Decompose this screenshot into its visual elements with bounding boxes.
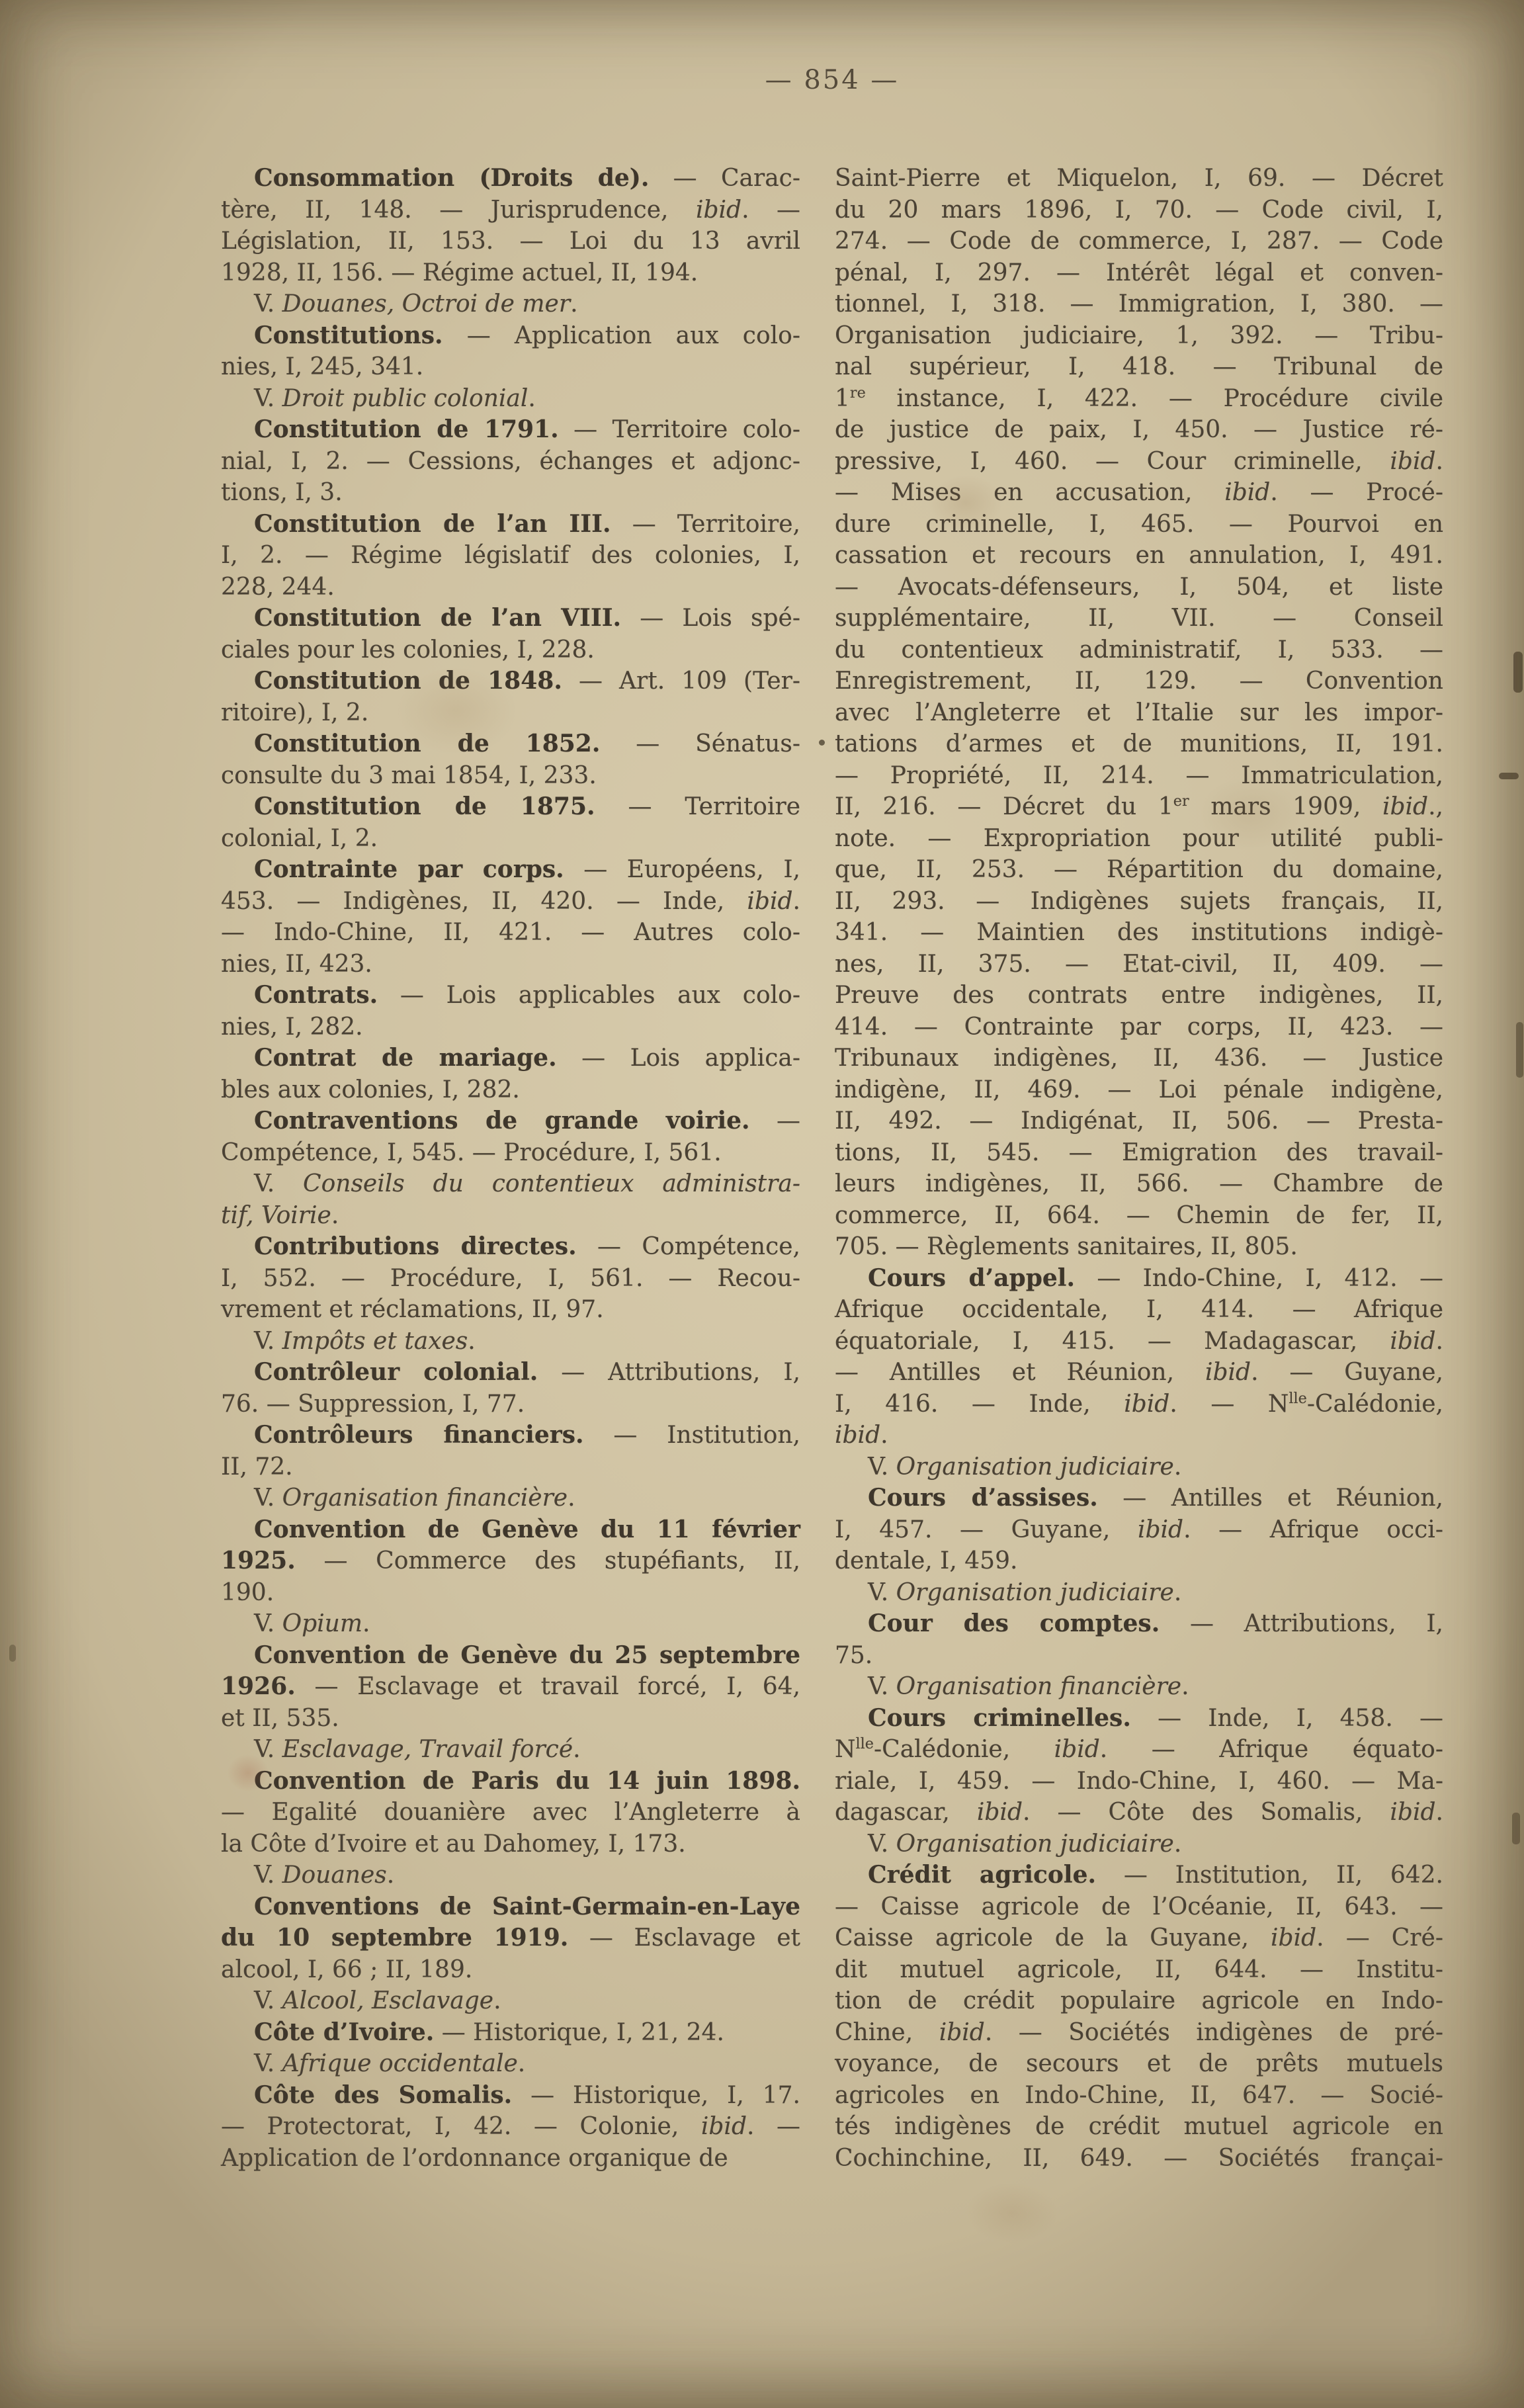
text-run: . — Guyane, [1251, 1359, 1443, 1386]
text-run: alcool, I, 66 ; II, 189. [221, 1956, 472, 1983]
text-run: dit mutuel agricole, II, 644. — Institu- [835, 1956, 1443, 1983]
text-run: 414. — Contrainte par corps, II, 423. — [835, 1013, 1443, 1041]
index-entry-head: Contrôleur colonial. [254, 1358, 538, 1386]
text-line: Application de l’ordonnance organique de [221, 2143, 800, 2174]
text-line: bles aux colonies, I, 282. [221, 1074, 800, 1106]
text-run: . [1174, 1830, 1181, 1858]
text-line: Constitution de 1848. — Art. 109 (Ter- [221, 666, 800, 697]
text-line: leurs indigènes, II, 566. — Chambre de [835, 1168, 1443, 1200]
text-line: II, 293. — Indigènes sujets français, II… [835, 886, 1443, 918]
index-entry-head: Contrôleurs financiers. [254, 1421, 584, 1449]
text-line: 1928, II, 156. — Régime actuel, II, 194. [221, 257, 800, 289]
index-column-left: Consommation (Droits de). — Carac-tère, … [221, 163, 800, 2174]
text-run: V. [254, 1987, 282, 2014]
text-run: Alcool, Esclavage [282, 1987, 493, 2014]
text-run: 705. — Règlements sanitaires, II, 805. [835, 1233, 1298, 1260]
text-run: V. [254, 1170, 303, 1197]
text-run: de justice de paix, I, 450. — Justice ré… [835, 416, 1443, 443]
text-run: pressive, I, 460. — Cour criminelle, [835, 448, 1390, 475]
index-entry-head: Constitution de l’an III. [254, 510, 611, 538]
text-line: Afrique occidentale, I, 414. — Afrique [835, 1294, 1443, 1326]
text-run: ibid [747, 888, 792, 915]
text-line: de justice de paix, I, 450. — Justice ré… [835, 414, 1443, 446]
text-run: Application de l’ordonnance organique de [221, 2145, 728, 2172]
text-run: lle [1289, 1390, 1306, 1407]
text-run: — Institution, [584, 1422, 801, 1449]
text-line: Conventions de Saint-Germain-en-Laye [221, 1891, 800, 1923]
text-line: 75. [835, 1640, 1443, 1672]
text-run: tion de crédit populaire agricole en Ind… [835, 1987, 1443, 2014]
text-line: II, 216. — Décret du 1er mars 1909, ibid… [835, 791, 1443, 823]
text-line: pénal, I, 297. — Intérêt légal et conven… [835, 257, 1443, 289]
text-run: V. [868, 1453, 896, 1481]
text-run: 1928, II, 156. — Régime actuel, II, 194. [221, 259, 698, 286]
text-line: dure criminelle, I, 465. — Pourvoi en [835, 509, 1443, 540]
text-run: Législation, II, 153. — Loi du 13 avril [221, 228, 800, 255]
text-run: — Caisse agricole de l’Océanie, II, 643.… [835, 1893, 1443, 1920]
text-line: Convention de Genève du 25 septembre [221, 1640, 800, 1672]
text-line: du 10 septembre 1919. — Esclavage et [221, 1922, 800, 1954]
text-run: dentale, I, 459. [835, 1547, 1017, 1574]
index-entry-head: Constitutions. [254, 322, 443, 349]
text-line: Crédit agricole. — Institution, II, 642. [835, 1860, 1443, 1891]
text-run: . [1181, 1673, 1189, 1700]
text-line: V. Conseils du contentieux administra- [221, 1168, 800, 1200]
text-run: -Calédonie, [1307, 1391, 1443, 1418]
index-entry-head: du 10 septembre 1919. [221, 1924, 568, 1952]
text-run: tif, Voirie [221, 1202, 331, 1229]
text-run: — Historique, I, 21, 24. [434, 2019, 724, 2046]
text-line: tations d’armes et de munitions, II, 191… [835, 728, 1443, 760]
text-run: — Art. 109 (Ter- [562, 667, 800, 695]
text-line: 1925. — Commerce des stupéfiants, II, [221, 1545, 800, 1577]
text-line: Tribunaux indigènes, II, 436. — Justice [835, 1043, 1443, 1074]
text-run: — Historique, I, 17. [512, 2082, 800, 2109]
index-entry-head: 1926. [221, 1672, 296, 1700]
text-run: tions, II, 545. — Emigration des travail… [835, 1139, 1443, 1166]
text-run: Douanes, Octroi de mer [282, 290, 570, 318]
text-line: cassation et recours en annulation, I, 4… [835, 540, 1443, 572]
text-run: 1 [835, 385, 850, 412]
text-line: Constitution de 1791. — Territoire colo- [221, 414, 800, 446]
text-line: du contentieux administratif, I, 533. — [835, 634, 1443, 666]
text-line: V. Douanes. [221, 1860, 800, 1891]
text-line: nies, I, 282. [221, 1011, 800, 1043]
index-entry-head: Cours criminelles. [868, 1704, 1131, 1732]
text-line: Cours d’assises. — Antilles et Réunion, [835, 1483, 1443, 1514]
index-entry-head: Contrainte par corps. [254, 855, 564, 883]
text-run: voyance, de secours et de prêts mutuels [835, 2050, 1443, 2077]
text-line: colonial, I, 2. [221, 823, 800, 855]
text-run: . [570, 290, 577, 318]
text-run: 76. — Suppression, I, 77. [221, 1391, 525, 1418]
index-entry-head: Constitution de 1791. [254, 415, 559, 443]
text-run: I, 457. — Guyane, [835, 1516, 1138, 1543]
text-line: — Avocats-défenseurs, I, 504, et liste [835, 572, 1443, 603]
text-run: — Antilles et Réunion, [1098, 1484, 1443, 1512]
text-line: Contrainte par corps. — Européens, I, [221, 854, 800, 886]
text-line: 453. — Indigènes, II, 420. — Inde, ibid. [221, 886, 800, 918]
index-entry-head: Constitution de 1848. [254, 667, 562, 695]
text-run: . — Procé- [1270, 479, 1443, 506]
text-line: V. Alcool, Esclavage. [221, 1985, 800, 2017]
text-line: Constitutions. — Application aux colo- [221, 320, 800, 352]
text-run: ibid [1390, 448, 1435, 475]
text-run: Conseils du contentieux administra- [303, 1170, 800, 1197]
index-entry-head: Contrat de mariage. [254, 1044, 557, 1072]
text-run: . — Afrique occi- [1183, 1516, 1443, 1543]
text-run: V. [254, 1610, 282, 1637]
text-run: — Attributions, I, [1160, 1610, 1443, 1637]
text-line: alcool, I, 66 ; II, 189. [221, 1954, 800, 1986]
text-run: II, 293. — Indigènes sujets français, II… [835, 888, 1443, 915]
scan-artifact [9, 1645, 16, 1662]
text-run: -Calédonie, [874, 1736, 1054, 1763]
text-line: Cour des comptes. — Attributions, I, [835, 1608, 1443, 1640]
text-run: — Inde, I, 458. — [1131, 1705, 1443, 1732]
text-run: — Attributions, I, [538, 1359, 800, 1386]
text-run: ibid [977, 1799, 1023, 1826]
text-run: — Commerce des stupéfiants, II, [296, 1547, 800, 1574]
text-line: Caisse agricole de la Guyane, ibid. — Cr… [835, 1922, 1443, 1954]
text-line: riale, I, 459. — Indo-Chine, I, 460. — M… [835, 1766, 1443, 1797]
text-run: I, 552. — Procédure, I, 561. — Recou- [221, 1265, 800, 1292]
text-run: Organisation judiciaire [896, 1579, 1174, 1606]
text-line: note. — Expropriation pour utilité publi… [835, 823, 1443, 855]
text-run: instance, I, 422. — Procédure civile [866, 385, 1443, 412]
text-run: — Esclavage et travail forcé, I, 64, [296, 1673, 800, 1700]
text-run: Tribunaux indigènes, II, 436. — Justice [835, 1045, 1443, 1072]
text-run: tère, II, 148. — Jurisprudence, [221, 196, 696, 224]
text-run: du contentieux administratif, I, 533. — [835, 636, 1443, 664]
text-line: tions, I, 3. [221, 477, 800, 509]
text-run: . [568, 1484, 575, 1512]
index-entry-head: Constitution de 1875. [254, 793, 595, 820]
text-line: tés indigènes de crédit mutuel agricole … [835, 2111, 1443, 2143]
text-run: — Lois applica- [557, 1045, 800, 1072]
text-line: Cochinchine, II, 649. — Sociétés françai… [835, 2143, 1443, 2174]
text-line: ciales pour les colonies, I, 228. [221, 634, 800, 666]
text-line: Côte des Somalis. — Historique, I, 17. [221, 2080, 800, 2112]
text-run: note. — Expropriation pour utilité publi… [835, 825, 1443, 852]
text-run: Organisation financière [282, 1484, 568, 1512]
text-line: tion de crédit populaire agricole en Ind… [835, 1985, 1443, 2017]
text-run: ibid [1138, 1516, 1183, 1543]
text-run: — Sénatus- [600, 730, 800, 757]
index-entry-head: Côte d’Ivoire. [254, 2018, 434, 2046]
index-entry-head: Convention de Paris du 14 juin 1898. [254, 1767, 800, 1795]
text-line: supplémentaire, II, VII. — Conseil [835, 603, 1443, 634]
text-run: la Côte d’Ivoire et au Dahomey, I, 173. [221, 1830, 686, 1858]
text-line: 190. [221, 1577, 800, 1609]
text-run: V. [868, 1579, 896, 1606]
text-line: V. Esclavage, Travail forcé. [221, 1734, 800, 1766]
text-line: Convention de Genève du 11 février [221, 1514, 800, 1546]
text-run: . — Cré- [1316, 1924, 1443, 1952]
text-run: équatoriale, I, 415. — Madagascar, [835, 1328, 1390, 1355]
text-run: — Antilles et Réunion, [835, 1359, 1205, 1386]
text-line: 228, 244. [221, 572, 800, 603]
text-run: V. [254, 2050, 282, 2077]
text-line: dagascar, ibid. — Côte des Somalis, ibid… [835, 1797, 1443, 1828]
text-line: V. Organisation financière. [835, 1671, 1443, 1703]
text-line: — Propriété, II, 214. — Immatriculation, [835, 760, 1443, 792]
text-run: — Mises en accusation, [835, 479, 1224, 506]
text-line: Côte d’Ivoire. — Historique, I, 21, 24. [221, 2017, 800, 2049]
text-run: N [835, 1736, 856, 1763]
text-run: Compétence, I, 545. — Procédure, I, 561. [221, 1139, 722, 1166]
ink-speck [819, 740, 825, 746]
text-line: 1926. — Esclavage et travail forcé, I, 6… [221, 1671, 800, 1703]
index-entry-head: Constitution de l’an VIII. [254, 604, 621, 632]
text-run: V. [868, 1673, 896, 1700]
text-run: riale, I, 459. — Indo-Chine, I, 460. — M… [835, 1768, 1443, 1795]
text-line: V. Opium. [221, 1608, 800, 1640]
text-line: V. Organisation judiciaire. [835, 1451, 1443, 1483]
text-run: ibid [1205, 1359, 1251, 1386]
text-line: — Caisse agricole de l’Océanie, II, 643.… [835, 1891, 1443, 1923]
text-run: pénal, I, 297. — Intérêt légal et conven… [835, 259, 1443, 286]
text-run: . [880, 1422, 888, 1449]
index-entry-head: Contributions directes. [254, 1232, 577, 1260]
text-line: I, 2. — Régime législatif des colonies, … [221, 540, 800, 572]
text-run: . [1436, 1799, 1443, 1826]
text-run: ibid [701, 2113, 747, 2140]
scan-artifact [1513, 652, 1523, 693]
text-run: nes, II, 375. — Etat-civil, II, 409. — [835, 951, 1443, 978]
text-run: . [793, 888, 800, 915]
text-run: Afrique occidentale, I, 414. — Afrique [835, 1296, 1443, 1323]
text-run: dure criminelle, I, 465. — Pourvoi en [835, 511, 1443, 538]
text-line: I, 457. — Guyane, ibid. — Afrique occi- [835, 1514, 1443, 1546]
text-run: agricoles en Indo-Chine, II, 647. — Soci… [835, 2082, 1443, 2109]
text-run: . [1174, 1579, 1181, 1606]
text-run: nal supérieur, I, 418. — Tribunal de [835, 353, 1443, 380]
text-line: I, 552. — Procédure, I, 561. — Recou- [221, 1263, 800, 1295]
text-run: 341. — Maintien des institutions indigè- [835, 919, 1443, 946]
text-run: 274. — Code de commerce, I, 287. — Code [835, 228, 1443, 255]
text-run: cassation et recours en annulation, I, 4… [835, 542, 1443, 569]
text-run: — Territoire, [611, 511, 800, 538]
text-line: consulte du 3 mai 1854, I, 233. [221, 760, 800, 792]
text-run: . [362, 1610, 370, 1637]
text-line: 274. — Code de commerce, I, 287. — Code [835, 226, 1443, 257]
text-line: V. Douanes, Octroi de mer. [221, 288, 800, 320]
text-line: ritoire), I, 2. [221, 697, 800, 729]
text-line: nies, II, 423. [221, 949, 800, 980]
text-line: 1re instance, I, 422. — Procédure civile [835, 383, 1443, 415]
text-line: tif, Voirie. [221, 1200, 800, 1232]
text-run: 190. [221, 1579, 274, 1606]
index-entry-head: Contraventions de grande voirie. [254, 1107, 750, 1135]
text-run: . [573, 1736, 580, 1763]
text-run: que, II, 253. — Répartition du domaine, [835, 856, 1443, 883]
text-run: — Propriété, II, 214. — Immatriculation, [835, 762, 1443, 789]
text-run: V. [254, 290, 282, 318]
text-run: du 20 mars 1896, I, 70. — Code civil, I, [835, 196, 1443, 224]
index-entry-head: Constitution de 1852. [254, 730, 600, 757]
text-line: équatoriale, I, 415. — Madagascar, ibid. [835, 1326, 1443, 1357]
text-run: mars 1909, [1189, 793, 1382, 820]
text-line: V. Organisation judiciaire. [835, 1577, 1443, 1609]
text-run: 453. — Indigènes, II, 420. — Inde, [221, 888, 747, 915]
text-run: V. [254, 1736, 282, 1763]
text-run: Saint-Pierre et Miquelon, I, 69. — Décre… [835, 165, 1443, 192]
text-run: . — Côte des Somalis, [1023, 1799, 1390, 1826]
text-line: V. Impôts et taxes. [221, 1326, 800, 1357]
text-run: Opium [282, 1610, 362, 1637]
text-line: dentale, I, 459. [835, 1545, 1443, 1577]
text-line: Compétence, I, 545. — Procédure, I, 561. [221, 1137, 800, 1169]
text-run: Douanes [282, 1862, 387, 1889]
text-run: — Egalité douanière avec l’Angleterre à [221, 1799, 800, 1826]
index-entry-head: Convention de Genève du 25 septembre [254, 1641, 800, 1669]
text-run: nies, I, 245, 341. [221, 353, 423, 380]
text-run: — Carac- [649, 165, 800, 192]
text-run: vrement et réclamations, II, 97. [221, 1296, 604, 1323]
text-run: Impôts et taxes [282, 1328, 468, 1355]
text-run: lle [856, 1735, 874, 1752]
page-number: — 854 — [221, 65, 1443, 95]
text-run: Esclavage, Travail forcé [282, 1736, 573, 1763]
text-run: avec l’Angleterre et l’Italie sur les im… [835, 699, 1443, 726]
text-line: Législation, II, 153. — Loi du 13 avril [221, 226, 800, 257]
text-run: ibid [1271, 1924, 1316, 1952]
index-entry-head: Cours d’appel. [868, 1264, 1075, 1292]
text-run: nies, II, 423. [221, 951, 372, 978]
text-run: Organisation judiciaire, 1, 392. — Tribu… [835, 322, 1443, 349]
text-line: I, 416. — Inde, ibid. — Nlle-Calédonie, [835, 1389, 1443, 1420]
text-run: tionnel, I, 318. — Immigration, I, 380. … [835, 290, 1443, 318]
index-entry-head: Crédit agricole. [868, 1861, 1096, 1889]
text-run: — Européens, I, [564, 856, 800, 883]
text-line: 341. — Maintien des institutions indigè- [835, 917, 1443, 949]
text-line: — Indo-Chine, II, 421. — Autres colo- [221, 917, 800, 949]
text-run: Droit public colonial [282, 385, 529, 412]
text-run: colonial, I, 2. [221, 825, 378, 852]
text-line: ibid. [835, 1420, 1443, 1451]
text-line: dit mutuel agricole, II, 644. — Institu- [835, 1954, 1443, 1986]
text-line: II, 72. [221, 1451, 800, 1483]
text-line: V. Droit public colonial. [221, 383, 800, 415]
text-run: . [1436, 448, 1443, 475]
text-line: que, II, 253. — Répartition du domaine, [835, 854, 1443, 886]
text-run: Preuve des contrats entre indigènes, II, [835, 982, 1443, 1009]
text-line: 76. — Suppression, I, 77. [221, 1389, 800, 1420]
text-line: voyance, de secours et de prêts mutuels [835, 2048, 1443, 2080]
text-run: . [387, 1862, 394, 1889]
scan-artifact [1499, 773, 1519, 779]
text-line: Consommation (Droits de). — Carac- [221, 163, 800, 194]
text-line: avec l’Angleterre et l’Italie sur les im… [835, 697, 1443, 729]
text-run: ibid [835, 1422, 880, 1449]
text-line: Nlle-Calédonie, ibid. — Afrique équato- [835, 1734, 1443, 1766]
text-run: V. [254, 1484, 282, 1512]
text-run: et II, 535. [221, 1705, 339, 1732]
text-line: Contraventions de grande voirie. — [221, 1105, 800, 1137]
text-line: Chine, ibid. — Sociétés indigènes de pré… [835, 2017, 1443, 2049]
text-run: . — [747, 2113, 800, 2140]
text-line: la Côte d’Ivoire et au Dahomey, I, 173. [221, 1828, 800, 1860]
text-run: tations d’armes et de munitions, II, 191… [835, 730, 1443, 757]
text-line: 705. — Règlements sanitaires, II, 805. [835, 1231, 1443, 1263]
text-run: — Protectorat, I, 42. — Colonie, [221, 2113, 701, 2140]
text-line: Saint-Pierre et Miquelon, I, 69. — Décre… [835, 163, 1443, 194]
text-line: Constitution de l’an III. — Territoire, [221, 509, 800, 540]
text-run: Cochinchine, II, 649. — Sociétés françai… [835, 2145, 1443, 2172]
text-run: Chine, [835, 2019, 939, 2046]
text-line: nial, I, 2. — Cessions, échanges et adjo… [221, 446, 800, 478]
text-line: Constitution de l’an VIII. — Lois spé- [221, 603, 800, 634]
text-run: leurs indigènes, II, 566. — Chambre de [835, 1170, 1443, 1197]
text-run: ciales pour les colonies, I, 228. [221, 636, 595, 664]
scan-artifact [1516, 1022, 1523, 1078]
text-run: ., [1428, 793, 1443, 820]
paper-stain [946, 2170, 1078, 2256]
text-run: dagascar, [835, 1799, 977, 1826]
text-run: I, 2. — Régime législatif des colonies, … [221, 542, 800, 569]
text-run: ritoire), I, 2. [221, 699, 368, 726]
text-run: V. [868, 1830, 896, 1858]
text-line: du 20 mars 1896, I, 70. — Code civil, I, [835, 194, 1443, 226]
text-run: supplémentaire, II, VII. — Conseil [835, 605, 1443, 632]
text-line: V. Afrique occidentale. [221, 2048, 800, 2080]
text-run: — [750, 1107, 800, 1135]
text-line: Organisation judiciaire, 1, 392. — Tribu… [835, 320, 1443, 352]
text-run: ibid [696, 196, 741, 224]
text-run: II, 72. [221, 1453, 293, 1481]
text-line: Constitution de 1852. — Sénatus- [221, 728, 800, 760]
text-run: Afrique occidentale [282, 2050, 518, 2077]
text-run: 228, 244. [221, 574, 335, 601]
text-run: nies, I, 282. [221, 1013, 363, 1041]
text-run: — Lois spé- [621, 605, 800, 632]
text-run: Caisse agricole de la Guyane, [835, 1924, 1271, 1952]
text-line: Convention de Paris du 14 juin 1898. [221, 1766, 800, 1797]
text-run: — Compétence, [577, 1233, 800, 1260]
text-run: V. [254, 1328, 282, 1355]
text-line: indigène, II, 469. — Loi pénale indigène… [835, 1074, 1443, 1106]
text-run: tions, I, 3. [221, 479, 343, 506]
index-entry-head: Cours d’assises. [868, 1484, 1098, 1512]
text-run: . — N [1169, 1391, 1289, 1418]
text-run: . [1174, 1453, 1181, 1481]
text-line: tère, II, 148. — Jurisprudence, ibid. — [221, 194, 800, 226]
text-line: nes, II, 375. — Etat-civil, II, 409. — [835, 949, 1443, 980]
text-run: — Indo-Chine, II, 421. — Autres colo- [221, 919, 800, 946]
text-line: Enregistrement, II, 129. — Convention [835, 666, 1443, 697]
text-run: V. [254, 1862, 282, 1889]
text-line: pressive, I, 460. — Cour criminelle, ibi… [835, 446, 1443, 478]
text-line: Constitution de 1875. — Territoire [221, 791, 800, 823]
text-run: ibid [1382, 793, 1428, 820]
text-line: 414. — Contrainte par corps, II, 423. — [835, 1011, 1443, 1043]
text-run: . — [741, 196, 800, 224]
text-run: tés indigènes de crédit mutuel agricole … [835, 2113, 1443, 2140]
index-column-right: Saint-Pierre et Miquelon, I, 69. — Décre… [835, 163, 1443, 2174]
text-line: — Mises en accusation, ibid. — Procé- [835, 477, 1443, 509]
text-run: ibid [1054, 1736, 1100, 1763]
text-line: Preuve des contrats entre indigènes, II, [835, 980, 1443, 1011]
text-line: — Antilles et Réunion, ibid. — Guyane, [835, 1357, 1443, 1389]
text-run: ibid [1390, 1799, 1435, 1826]
text-run: — Territoire [595, 793, 800, 820]
text-run: ibid [1124, 1391, 1169, 1418]
text-run: — Institution, II, 642. [1096, 1862, 1443, 1889]
text-line: Cours d’appel. — Indo-Chine, I, 412. — [835, 1263, 1443, 1295]
text-run: Organisation judiciaire [896, 1830, 1174, 1858]
index-entry-head: Côte des Somalis. [254, 2081, 512, 2109]
